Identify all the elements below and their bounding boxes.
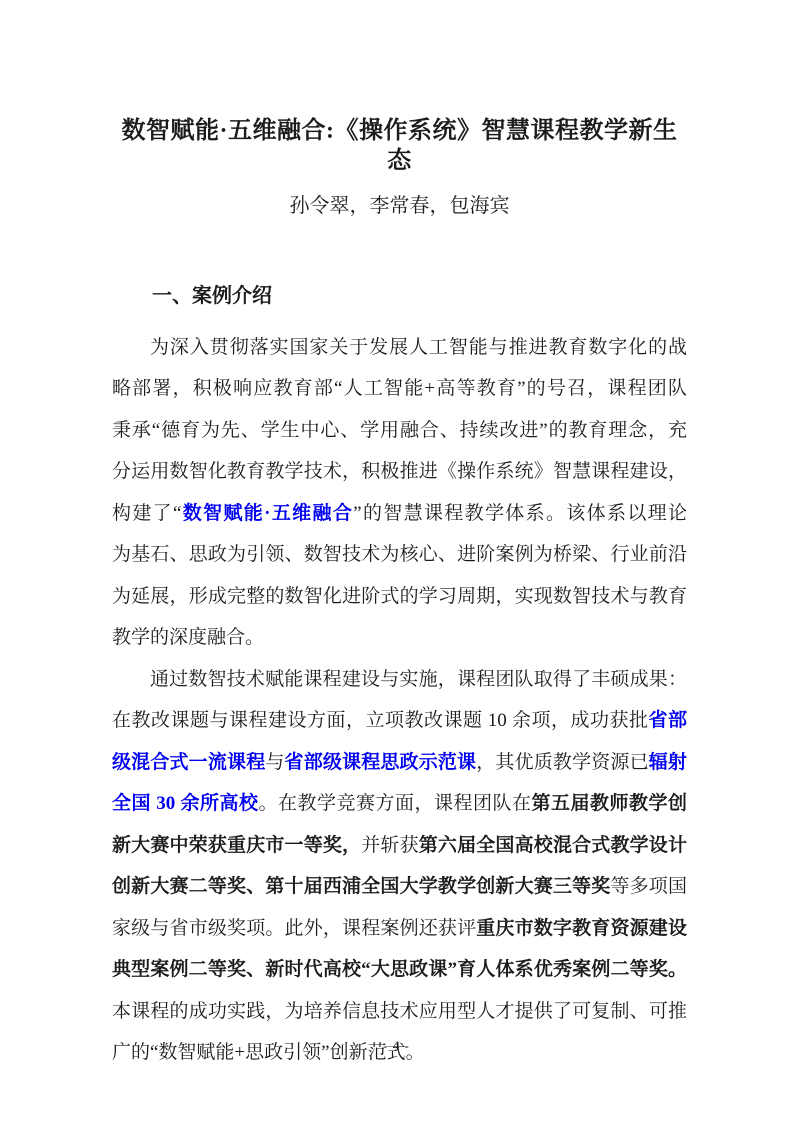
text-run: 教学的深度融合。 [112, 627, 264, 648]
text-run: 数智赋能·五维融合 [181, 503, 353, 524]
text-line: 为基石、思政为引领、数智技术为核心、进阶案例为桥梁、行业前沿 [112, 534, 687, 576]
text-run: 并斩获 [361, 835, 419, 856]
text-run: 新大赛中荣获重庆市一等奖， [112, 835, 361, 856]
text-line: 级混合式一流课程与省部级课程思政示范课，其优质教学资源已辐射 [112, 742, 687, 784]
page: 数智赋能·五维融合:《操作系统》智慧课程教学新生态 孙令翠，李常春，包海宾 一、… [0, 0, 793, 1122]
paragraph-intro: 为深入贯彻落实国家关于发展人工智能与推进教育数字化的战略部署，积极响应教育部“人… [112, 327, 687, 659]
text-line: 新大赛中荣获重庆市一等奖，并斩获第六届全国高校混合式教学设计 [112, 825, 687, 867]
text-run: 为深入贯彻落实国家关于发展人工智能与推进教育数字化的战 [150, 337, 687, 358]
text-run: 通过数智技术赋能课程建设与实施，课程团队取得了丰硕成果： [150, 669, 687, 690]
text-run: 与 [265, 752, 284, 773]
text-run: 省部 [648, 710, 687, 731]
text-line: 为延展，形成完整的数智化进阶式的学习周期，实现数智技术与教育 [112, 576, 687, 618]
text-run: 秉承“德育为先、学生中心、学用融合、持续改进”的教育理念，充 [112, 420, 687, 441]
text-run: 。在教学竞赛方面，课程团队在 [259, 793, 532, 814]
text-run: 略部署，积极响应教育部“人工智能+高等教育”的号召，课程团队 [112, 378, 687, 399]
page-number: - 4 - [0, 1038, 793, 1054]
text-run: 本课程的成功实践，为培养信息技术应用型人才提供了可复制、可推 [112, 1001, 687, 1022]
section-heading: 一、案例介绍 [112, 282, 687, 310]
text-run: 家级与省市级奖项。此外，课程案例还获评 [112, 918, 476, 939]
text-line: 在教改课题与课程建设方面，立项教改课题 10 余项，成功获批省部 [112, 700, 687, 742]
paragraph-achievements: 通过数智技术赋能课程建设与实施，课程团队取得了丰硕成果：在教改课题与课程建设方面… [112, 659, 687, 1074]
text-line: 构建了“数智赋能·五维融合”的智慧课程教学体系。该体系以理论 [112, 493, 687, 535]
text-line: 创新大赛二等奖、第十届西浦全国大学教学创新大赛三等奖等多项国 [112, 866, 687, 908]
text-run: 分运用数智化教育教学技术，积极推进《操作系统》智慧课程建设， [112, 461, 687, 482]
text-run: 创新大赛二等奖、第十届西浦全国大学教学创新大赛三等奖 [112, 876, 610, 897]
text-run: 全国 30 余所高校 [112, 793, 259, 814]
text-run: 省部级课程思政示范课 [285, 752, 477, 773]
text-line: 家级与省市级奖项。此外，课程案例还获评重庆市数字教育资源建设 [112, 908, 687, 950]
text-run: 为基石、思政为引领、数智技术为核心、进阶案例为桥梁、行业前沿 [112, 544, 687, 565]
text-run: 级混合式一流课程 [112, 752, 265, 773]
text-run: 第六届全国高校混合式教学设计 [419, 835, 687, 856]
text-run: 在教改课题与课程建设方面，立项教改课题 10 余项，成功获批 [112, 710, 648, 731]
text-line: 教学的深度融合。 [112, 617, 687, 659]
text-run: 等多项国 [610, 876, 687, 897]
text-run: 构建了“ [112, 503, 181, 524]
authors-line: 孙令翠，李常春，包海宾 [112, 192, 687, 220]
text-line: 略部署，积极响应教育部“人工智能+高等教育”的号召，课程团队 [112, 368, 687, 410]
text-line: 本课程的成功实践，为培养信息技术应用型人才提供了可复制、可推 [112, 991, 687, 1033]
text-line: 典型案例二等奖、新时代高校“大思政课”育人体系优秀案例二等奖。 [112, 949, 687, 991]
text-line: 为深入贯彻落实国家关于发展人工智能与推进教育数字化的战 [112, 327, 687, 369]
text-line: 全国 30 余所高校。在教学竞赛方面，课程团队在第五届教师教学创 [112, 783, 687, 825]
text-run: ”的智慧课程教学体系。该体系以理论 [353, 503, 687, 524]
text-run: 典型案例二等奖、新时代高校“大思政课”育人体系优秀案例二等奖。 [112, 959, 687, 980]
text-line: 分运用数智化教育教学技术，积极推进《操作系统》智慧课程建设， [112, 451, 687, 493]
text-line: 通过数智技术赋能课程建设与实施，课程团队取得了丰硕成果： [112, 659, 687, 701]
document-page: { "document": { "title": "数智赋能·五维融合:《操作系… [0, 0, 793, 1122]
text-run: ，其优质教学资源已 [476, 752, 649, 773]
text-run: 重庆市数字教育资源建设 [476, 918, 687, 939]
text-run: 辐射 [649, 752, 687, 773]
text-run: 为延展，形成完整的数智化进阶式的学习周期，实现数智技术与教育 [112, 586, 687, 607]
text-run: 第五届教师教学创 [531, 793, 687, 814]
page-title: 数智赋能·五维融合:《操作系统》智慧课程教学新生态 [112, 116, 687, 176]
text-line: 秉承“德育为先、学生中心、学用融合、持续改进”的教育理念，充 [112, 410, 687, 452]
